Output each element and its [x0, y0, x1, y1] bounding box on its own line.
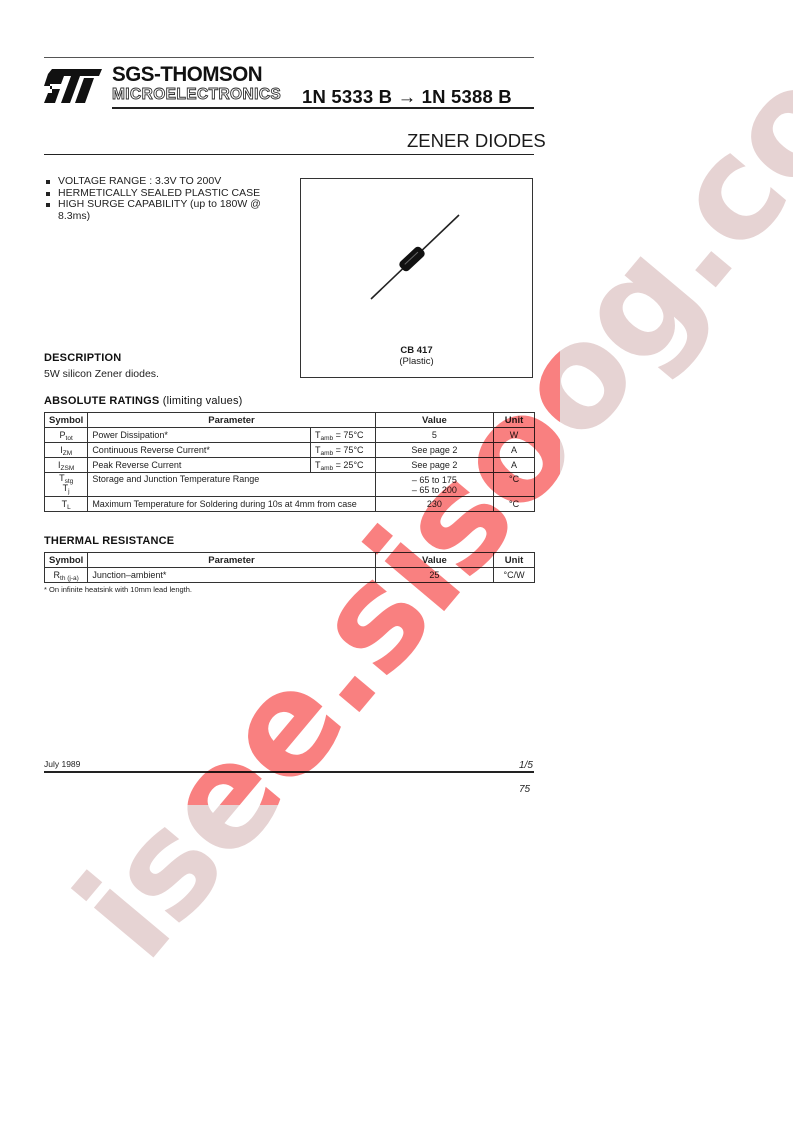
header-rule: [112, 107, 534, 109]
symbol-cell: IZM: [45, 443, 88, 458]
absolute-ratings-heading: ABSOLUTE RATINGS (limiting values): [44, 395, 243, 407]
parameter-cell: Storage and Junction Temperature Range: [88, 473, 375, 497]
column-header-value: Value: [375, 553, 493, 568]
column-header-parameter: Parameter: [88, 553, 375, 568]
parameter-cell: Peak Reverse Current: [88, 458, 311, 473]
category-rule: [44, 154, 534, 155]
table-row: Tstg Tj Storage and Junction Temperature…: [45, 473, 535, 497]
table-row: TL Maximum Temperature for Soldering dur…: [45, 497, 535, 512]
part-range: 1N 5333 B → 1N 5388 B: [302, 87, 512, 107]
value-cell: See page 2: [375, 458, 493, 473]
description-heading: DESCRIPTION: [44, 352, 121, 364]
column-header-unit: Unit: [494, 553, 535, 568]
datasheet-page: SGS-THOMSON MICROELECTRONICS 1N 5333 B →…: [0, 0, 793, 1122]
parameter-cell: Maximum Temperature for Soldering during…: [88, 497, 375, 512]
unit-cell: °C: [494, 473, 535, 497]
thermal-resistance-heading: THERMAL RESISTANCE: [44, 535, 174, 547]
description-text: 5W silicon Zener diodes.: [44, 368, 159, 380]
brand-name: SGS-THOMSON: [112, 64, 262, 86]
parameter-cell: Junction–ambient*: [88, 568, 375, 583]
publication-date: July 1989: [44, 759, 80, 769]
value-cell: – 65 to 175– 65 to 200: [375, 473, 493, 497]
st-logo-icon: [44, 69, 102, 103]
package-name: CB 417: [300, 345, 533, 356]
table-header-row: Symbol Parameter Value Unit: [45, 553, 535, 568]
table-row: Ptot Power Dissipation* Tamb = 75°C 5 W: [45, 428, 535, 443]
condition-cell: Tamb = 75°C: [311, 443, 376, 458]
table-header-row: Symbol Parameter Value Unit: [45, 413, 535, 428]
unit-cell: °C: [494, 497, 535, 512]
column-header-parameter: Parameter: [88, 413, 375, 428]
unit-cell: A: [494, 458, 535, 473]
symbol-cell: Tstg Tj: [45, 473, 88, 497]
symbol-cell: TL: [45, 497, 88, 512]
absolute-ratings-table: Symbol Parameter Value Unit Ptot Power D…: [44, 412, 535, 512]
parameter-cell: Power Dissipation*: [88, 428, 311, 443]
feature-list: VOLTAGE RANGE : 3.3V TO 200V HERMETICALL…: [44, 176, 294, 222]
symbol-cell: IZSM: [45, 458, 88, 473]
thermal-resistance-table: Symbol Parameter Value Unit Rth (j-a) Ju…: [44, 552, 535, 583]
table-row: Rth (j-a) Junction–ambient* 25 °C/W: [45, 568, 535, 583]
page-fraction: 1/5: [519, 760, 533, 771]
column-header-unit: Unit: [494, 413, 535, 428]
column-header-symbol: Symbol: [45, 553, 88, 568]
symbol-cell: Ptot: [45, 428, 88, 443]
footnote: * On infinite heatsink with 10mm lead le…: [44, 585, 192, 594]
value-cell: 5: [375, 428, 493, 443]
feature-item: HIGH SURGE CAPABILITY (up to 180W @ 8.3m…: [44, 199, 294, 222]
symbol-cell: Rth (j-a): [45, 568, 88, 583]
unit-cell: W: [494, 428, 535, 443]
condition-cell: Tamb = 25°C: [311, 458, 376, 473]
table-row: IZM Continuous Reverse Current* Tamb = 7…: [45, 443, 535, 458]
footer-rule: [44, 771, 534, 773]
page-number: 75: [519, 784, 530, 795]
table-row: IZSM Peak Reverse Current Tamb = 25°C Se…: [45, 458, 535, 473]
value-cell: See page 2: [375, 443, 493, 458]
top-rule: [44, 57, 534, 58]
parameter-cell: Continuous Reverse Current*: [88, 443, 311, 458]
condition-cell: Tamb = 75°C: [311, 428, 376, 443]
absolute-ratings-subtitle: (limiting values): [163, 395, 243, 407]
category-title: ZENER DIODES: [407, 131, 546, 151]
absolute-ratings-title: ABSOLUTE RATINGS: [44, 395, 159, 407]
package-type: (Plastic): [300, 356, 533, 367]
feature-item: VOLTAGE RANGE : 3.3V TO 200V: [44, 176, 294, 188]
unit-cell: °C/W: [494, 568, 535, 583]
unit-cell: A: [494, 443, 535, 458]
brand-subtitle: MICROELECTRONICS: [112, 87, 281, 103]
column-header-value: Value: [375, 413, 493, 428]
column-header-symbol: Symbol: [45, 413, 88, 428]
value-cell: 230: [375, 497, 493, 512]
value-cell: 25: [375, 568, 493, 583]
